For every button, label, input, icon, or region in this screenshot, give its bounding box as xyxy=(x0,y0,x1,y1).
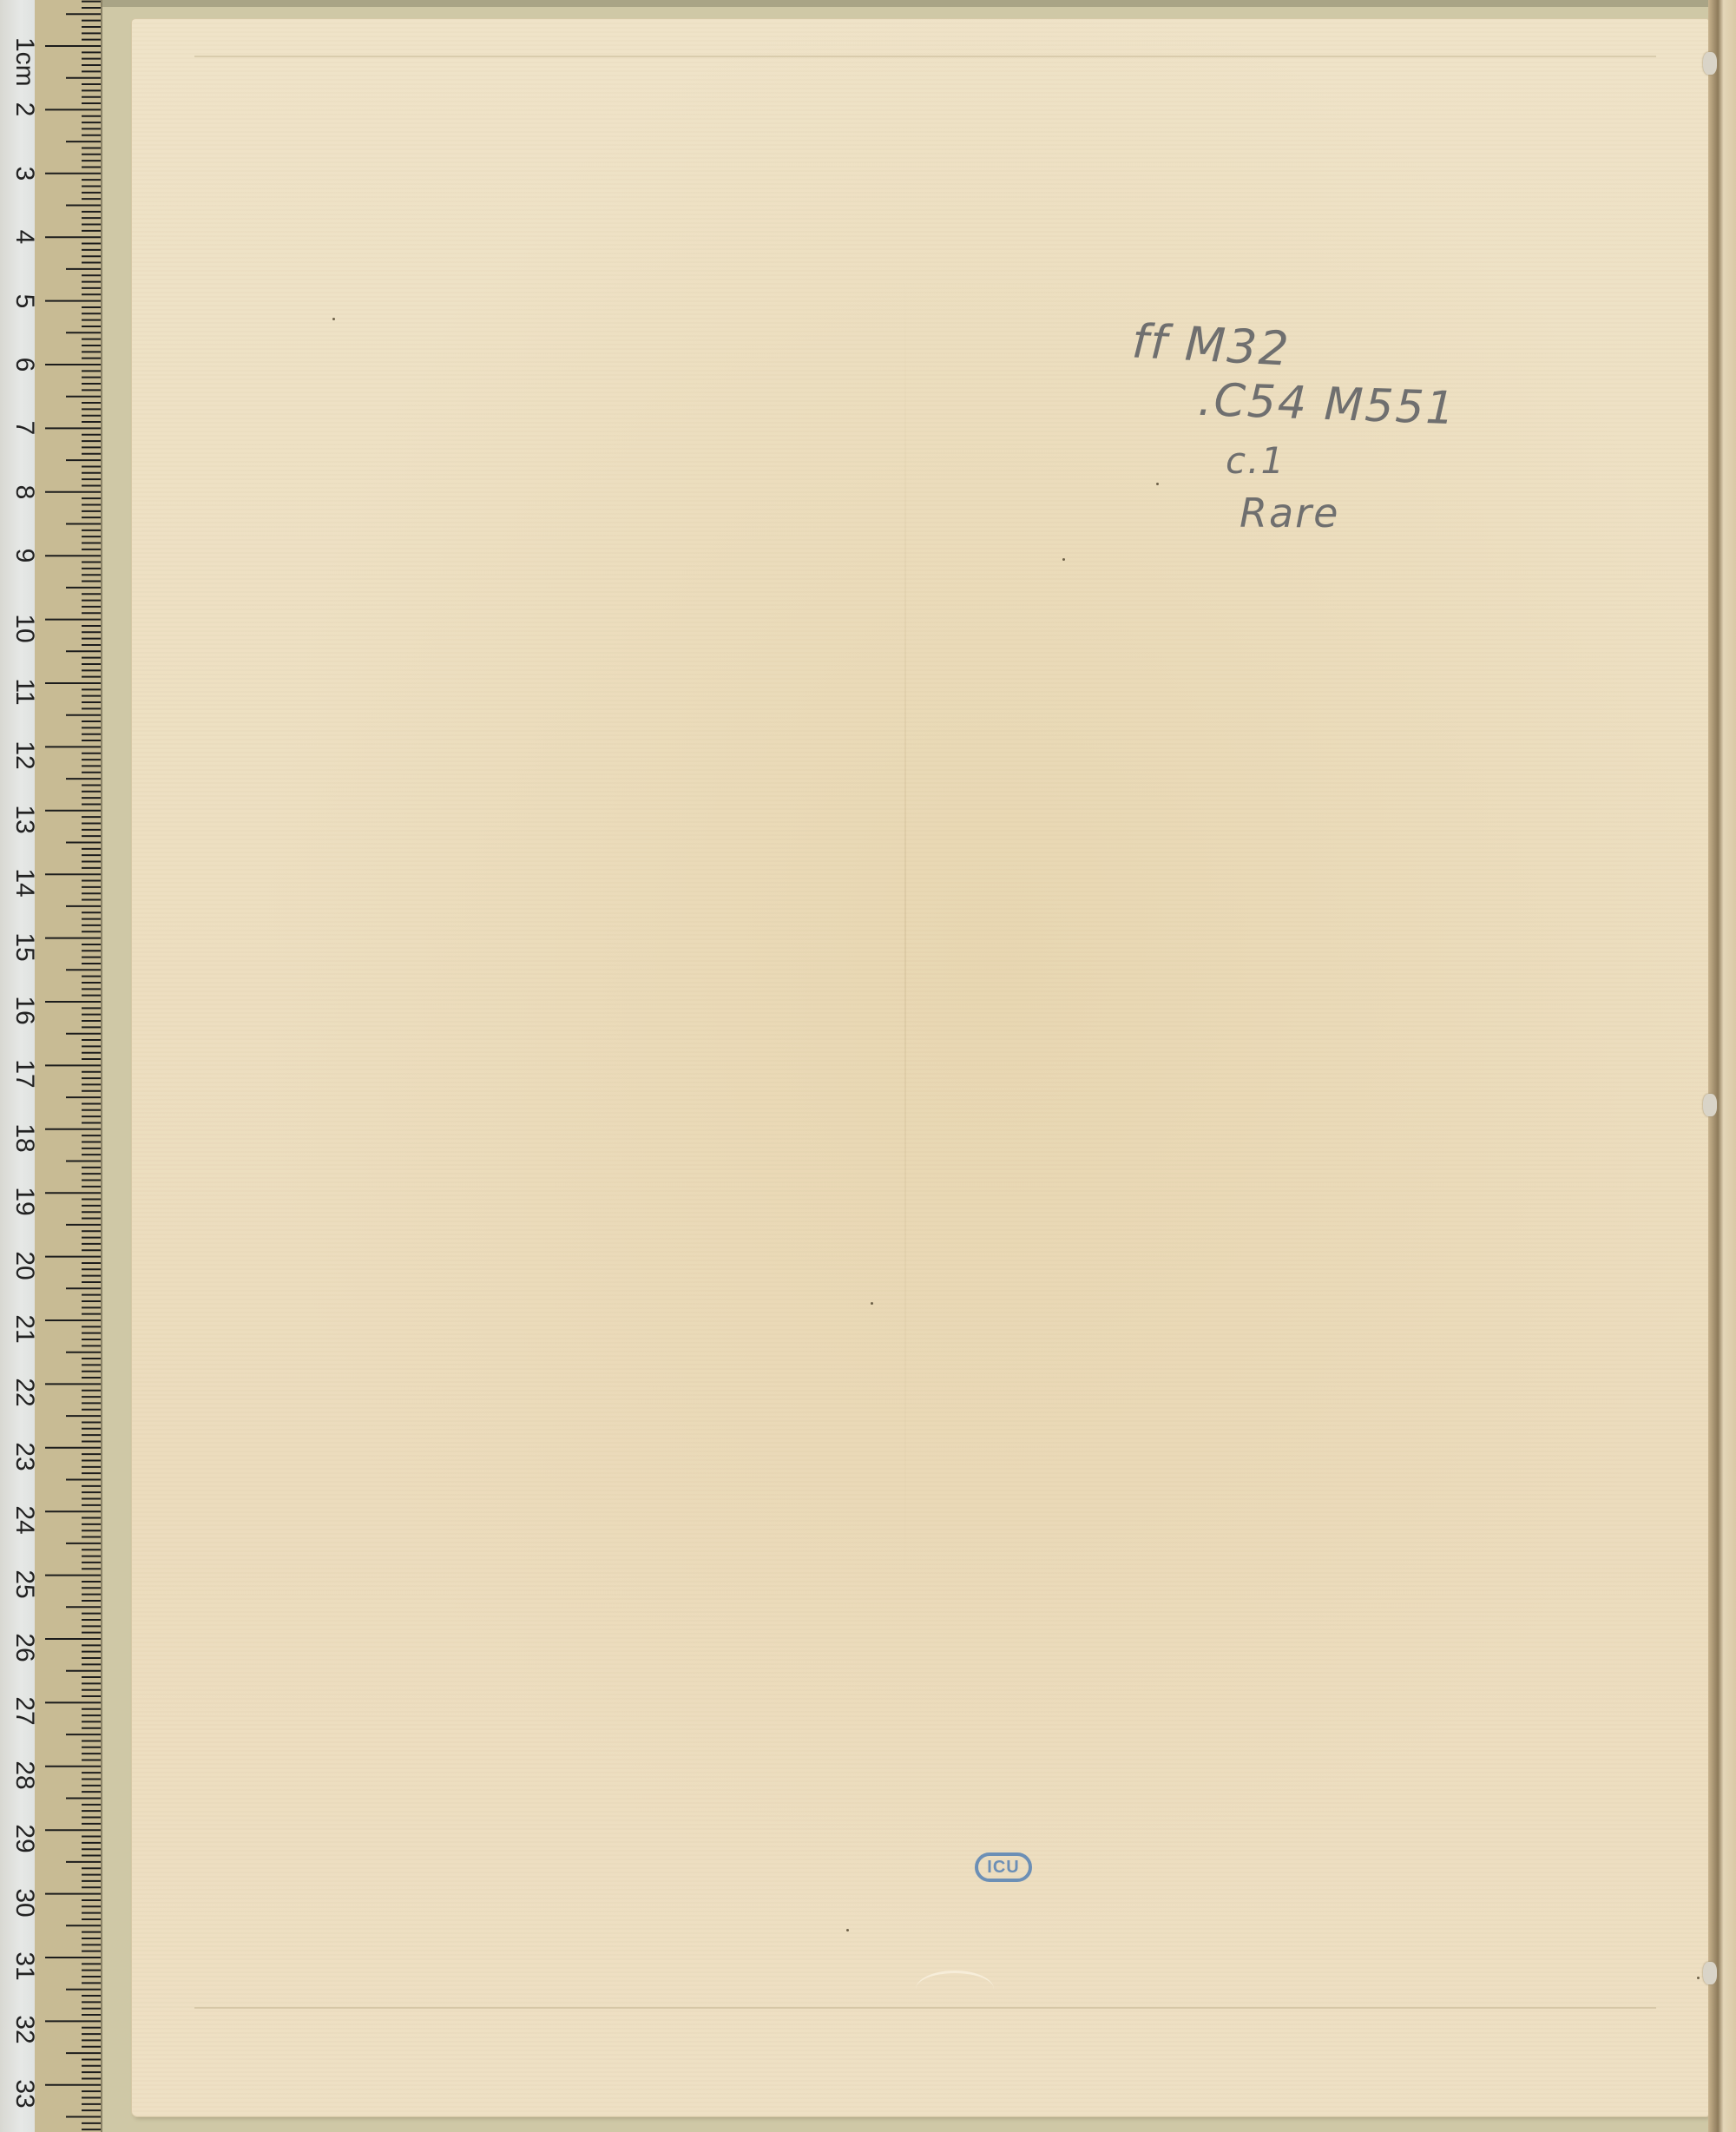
library-ownership-stamp: ICU xyxy=(975,1852,1032,1882)
ruler-label: 20 xyxy=(11,1248,37,1283)
ruler-label: 10 xyxy=(11,611,37,646)
ruler-label: 9 xyxy=(11,538,37,573)
call-number-line-2: .C54 M551 xyxy=(1197,374,1457,435)
backing-board-edge xyxy=(102,0,1736,7)
center-fold-crease xyxy=(904,280,906,1582)
blind-emboss-mark xyxy=(916,1971,994,2008)
ruler-label: 6 xyxy=(11,347,37,382)
ruler-label: 21 xyxy=(11,1312,37,1346)
platemark-top-line xyxy=(194,56,1656,57)
ruler-label: 30 xyxy=(11,1885,37,1920)
ruler-label: 28 xyxy=(11,1758,37,1793)
ruler-label: 11 xyxy=(11,674,37,709)
ruler-label: 2 xyxy=(11,92,37,127)
spine-tear xyxy=(1703,1962,1717,1984)
ruler-label: 4 xyxy=(11,220,37,254)
ruler-label: 17 xyxy=(11,1056,37,1091)
rare-label: Rare xyxy=(1240,490,1339,536)
ruler-label: 31 xyxy=(11,1949,37,1984)
ruler-label: 27 xyxy=(11,1694,37,1728)
handwritten-call-number: ff M32 .C54 M551 c.1 Rare xyxy=(1132,299,1479,559)
ruler-label: 3 xyxy=(11,156,37,191)
paper-speck xyxy=(332,318,335,320)
ruler-label: 5 xyxy=(11,284,37,319)
ruler-label: 8 xyxy=(11,475,37,510)
paper-speck xyxy=(1062,558,1065,561)
ruler-label: 23 xyxy=(11,1439,37,1474)
measurement-ruler: 1cm2345678910111213141516171819202122232… xyxy=(35,0,102,2132)
ruler-label: 24 xyxy=(11,1503,37,1537)
ruler-label: 13 xyxy=(11,802,37,837)
ruler-label: 25 xyxy=(11,1567,37,1602)
paper-speck xyxy=(846,1929,849,1931)
binding-spine xyxy=(1708,0,1736,2132)
ruler-label: 1cm xyxy=(11,37,37,72)
paper-speck xyxy=(1156,483,1159,485)
ruler-label: 12 xyxy=(11,738,37,773)
ruler-label: 19 xyxy=(11,1184,37,1219)
paper-speck xyxy=(871,1302,873,1305)
paper-speck xyxy=(1697,1977,1700,1979)
ruler-label: 15 xyxy=(11,930,37,964)
ruler-ticks xyxy=(35,0,102,2132)
copy-number: c.1 xyxy=(1226,439,1286,482)
ruler-label: 22 xyxy=(11,1375,37,1410)
ruler-label: 16 xyxy=(11,993,37,1028)
ruler-label: 29 xyxy=(11,1821,37,1856)
ruler-label: 33 xyxy=(11,2076,37,2111)
spine-tear xyxy=(1703,1094,1717,1116)
stamp-text: ICU xyxy=(987,1858,1019,1878)
ruler-label: 14 xyxy=(11,865,37,900)
ruler-label: 26 xyxy=(11,1630,37,1665)
ruler-label: 18 xyxy=(11,1121,37,1155)
spine-tear xyxy=(1703,52,1717,75)
ruler-label: 32 xyxy=(11,2012,37,2047)
call-number-line-1: ff M32 xyxy=(1130,313,1292,376)
ruler-label: 7 xyxy=(11,411,37,445)
